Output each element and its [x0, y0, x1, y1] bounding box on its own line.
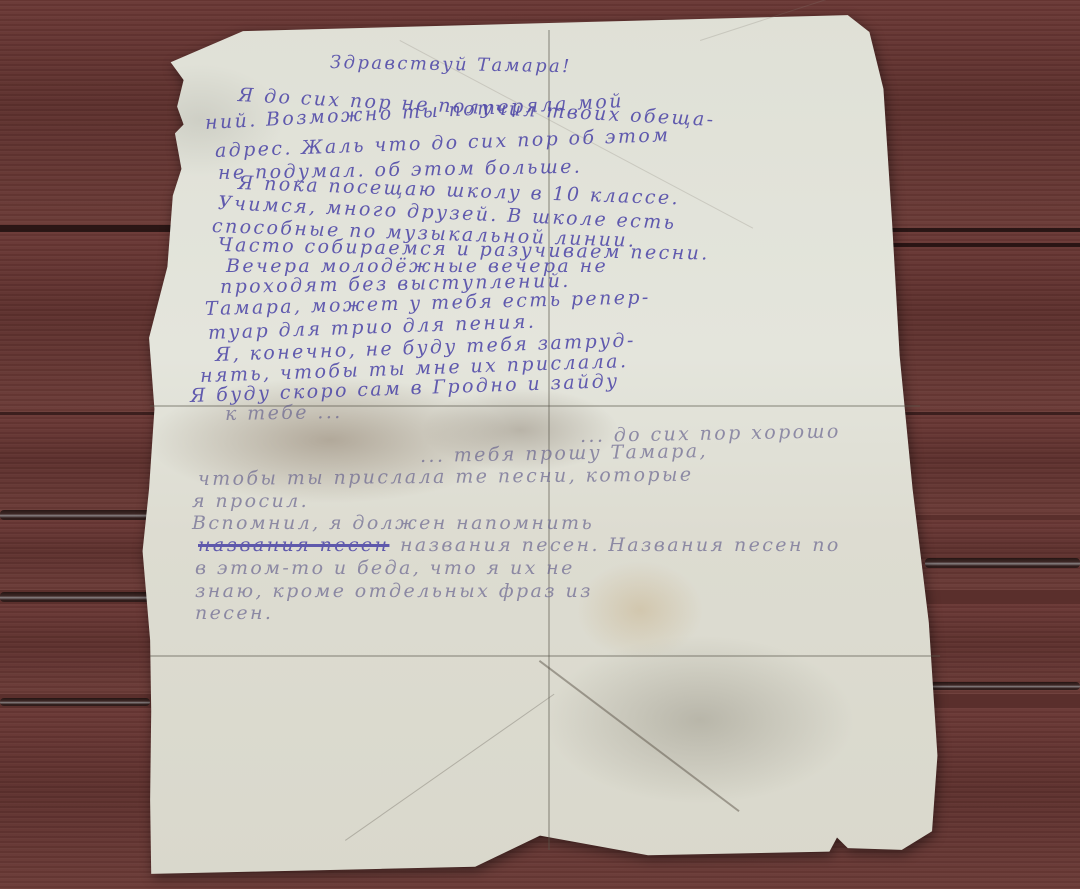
fold-crease-horizontal [150, 655, 940, 657]
fold-crease-vertical [548, 30, 550, 850]
fold-crease-horizontal [150, 405, 920, 407]
letter-paper [0, 0, 1080, 889]
paper-shadow [0, 0, 1080, 889]
